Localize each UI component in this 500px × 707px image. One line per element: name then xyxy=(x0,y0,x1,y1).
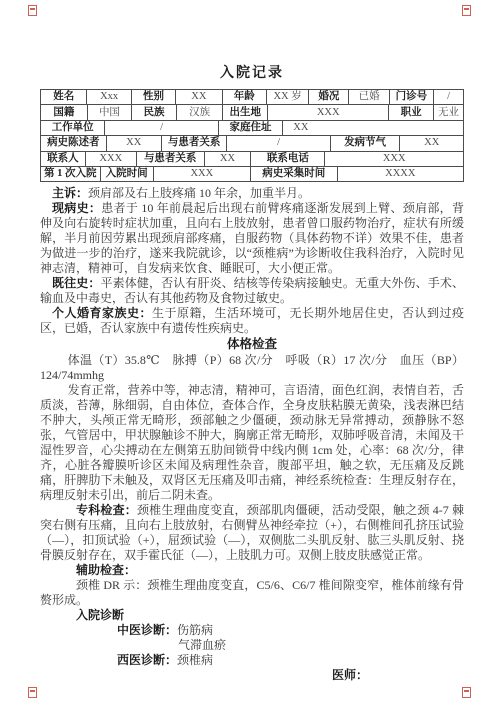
field-value: XXX xyxy=(86,152,137,167)
field-label: 与患者关系 xyxy=(162,136,228,151)
physician-signature-label: 医师： xyxy=(332,668,464,683)
table-row: 第 1 次入院入院时间XXX病史采集时间XXXX xyxy=(41,167,464,182)
field-value: XXX xyxy=(154,167,251,182)
western-diagnosis-label: 西医诊断： xyxy=(117,653,177,667)
physical-exam-heading: 体格检查 xyxy=(40,337,464,352)
field-label: 病史采集时间 xyxy=(251,167,338,182)
table-row: 联系人XXX与患者关系XX联系电话XXX xyxy=(41,152,464,167)
tcm-diagnosis: 中医诊断：伤筋病 xyxy=(117,623,464,638)
field-label: 出生地 xyxy=(223,105,268,120)
auxiliary-exam-heading: 辅助检查： xyxy=(40,563,464,578)
document-body: 入院记录 姓名Xxx性别XX年龄XX 岁婚况已婚门诊号/国籍中国民族汉族出生地X… xyxy=(40,62,464,683)
field-label: 国籍 xyxy=(41,105,88,120)
field-value: / xyxy=(227,136,330,151)
present-illness: 现病史：患者于 10 年前晨起后出现右前臂疼痛逐渐发展到上臂、颈肩部，背伸及向右… xyxy=(40,201,464,276)
tcm-diagnosis-value: 伤筋病 xyxy=(177,623,213,637)
field-label: 年龄 xyxy=(223,90,267,105)
western-diagnosis: 西医诊断：颈椎病 xyxy=(117,653,464,668)
table-row: 姓名Xxx性别XX年龄XX 岁婚况已婚门诊号/ xyxy=(41,90,464,105)
field-label: 门诊号 xyxy=(390,90,434,105)
field-value: XX xyxy=(283,121,464,136)
corner-mark-icon xyxy=(28,5,37,16)
tcm-diagnosis-syndrome: 气滞血瘀 xyxy=(178,638,464,653)
present-illness-text: 患者于 10 年前晨起后出现右前臂疼痛逐渐发展到上臂、颈肩部，背伸及向右旋转时症… xyxy=(40,201,464,275)
admission-record-page: 入院记录 姓名Xxx性别XX年龄XX 岁婚况已婚门诊号/国籍中国民族汉族出生地X… xyxy=(0,0,500,707)
western-diagnosis-value: 颈椎病 xyxy=(177,653,213,667)
past-history-label: 既往史： xyxy=(52,276,100,290)
field-value: XX xyxy=(176,90,222,105)
present-illness-label: 现病史： xyxy=(52,201,101,215)
field-label: 家庭住址 xyxy=(219,121,283,136)
table-row: 国籍中国民族汉族出生地XXX职业无业 xyxy=(41,105,464,120)
table-row: 病史陈述者XX与患者关系/发病节气XX xyxy=(41,136,464,151)
corner-mark-icon xyxy=(28,687,37,698)
physical-exam-text: 发育正常，营养中等，神志清，精神可，言语清，面色红润，表情自若，舌质淡，苔薄，脉… xyxy=(40,383,464,503)
chief-complaint-label: 主诉： xyxy=(52,186,88,200)
field-value: XXX xyxy=(325,152,464,167)
specialty-exam: 专科检查：颈椎生理曲度变直，颈部肌肉僵硬，活动受限，触之颈 4-7 棘突右侧有压… xyxy=(40,503,464,563)
field-label: 与患者关系 xyxy=(137,152,205,167)
field-label: 性别 xyxy=(132,90,176,105)
field-value: XX 岁 xyxy=(267,90,309,105)
field-value: 汉族 xyxy=(177,105,224,120)
field-label: 民族 xyxy=(132,105,177,120)
vital-signs: 体温（T）35.8℃ 脉搏（P）68 次/分 呼吸（R）17 次/分 血压（BP… xyxy=(40,353,464,383)
personal-family-history-label: 个人婚育家族史： xyxy=(52,306,152,320)
field-label: 入院时间 xyxy=(101,167,154,182)
page-title: 入院记录 xyxy=(40,62,464,82)
field-value: XX xyxy=(400,136,464,151)
field-value: 无业 xyxy=(434,105,464,120)
field-label: 职业 xyxy=(389,105,434,120)
field-value: XXXX xyxy=(338,167,464,182)
specialty-exam-label: 专科检查： xyxy=(76,503,137,517)
field-value: Xxx xyxy=(87,90,131,105)
field-value: XX xyxy=(107,136,162,151)
past-history-text: 平素体健，否认有肝炎、结核等传染病接触史。无重大外伤、手术、输血及中毒史，否认有… xyxy=(40,276,464,305)
field-label: 工作单位 xyxy=(41,121,105,136)
tcm-diagnosis-label: 中医诊断： xyxy=(117,623,177,637)
auxiliary-exam-text: 颈椎 DR 示：颈椎生理曲度变直，C5/6、C6/7 椎间隙变窄，椎体前缘有骨赘… xyxy=(40,578,464,608)
field-label: 发病节气 xyxy=(331,136,401,151)
field-value: XXX xyxy=(268,105,389,120)
field-label: 婚况 xyxy=(309,90,349,105)
field-value: 已婚 xyxy=(349,90,389,105)
past-history: 既往史：平素体健，否认有肝炎、结核等传染病接触史。无重大外伤、手术、输血及中毒史… xyxy=(40,276,464,306)
field-label: 第 1 次入院 xyxy=(41,167,101,182)
admission-diagnosis-heading: 入院诊断 xyxy=(40,608,464,623)
field-value: / xyxy=(434,90,464,105)
table-row: 工作单位/家庭住址XX xyxy=(41,121,464,136)
field-label: 联系人 xyxy=(41,152,86,167)
field-value: 中国 xyxy=(88,105,133,120)
field-label: 姓名 xyxy=(41,90,87,105)
field-value: XX xyxy=(205,152,252,167)
corner-mark-icon xyxy=(462,5,471,16)
personal-family-history: 个人婚育家族史：生于原籍，生活环境可，无长期外地居住史，否认到过疫区，已婚，否认… xyxy=(40,306,464,336)
field-label: 联系电话 xyxy=(251,152,325,167)
chief-complaint: 主诉：颈肩部及右上肢疼痛 10 年余，加重半月。 xyxy=(40,186,464,201)
chief-complaint-text: 颈肩部及右上肢疼痛 10 年余，加重半月。 xyxy=(88,186,310,200)
field-value: / xyxy=(105,121,218,136)
corner-mark-icon xyxy=(462,687,471,698)
record-text: 主诉：颈肩部及右上肢疼痛 10 年余，加重半月。 现病史：患者于 10 年前晨起… xyxy=(40,186,464,683)
patient-info-table: 姓名Xxx性别XX年龄XX 岁婚况已婚门诊号/国籍中国民族汉族出生地XXX职业无… xyxy=(40,89,464,182)
field-label: 病史陈述者 xyxy=(41,136,107,151)
